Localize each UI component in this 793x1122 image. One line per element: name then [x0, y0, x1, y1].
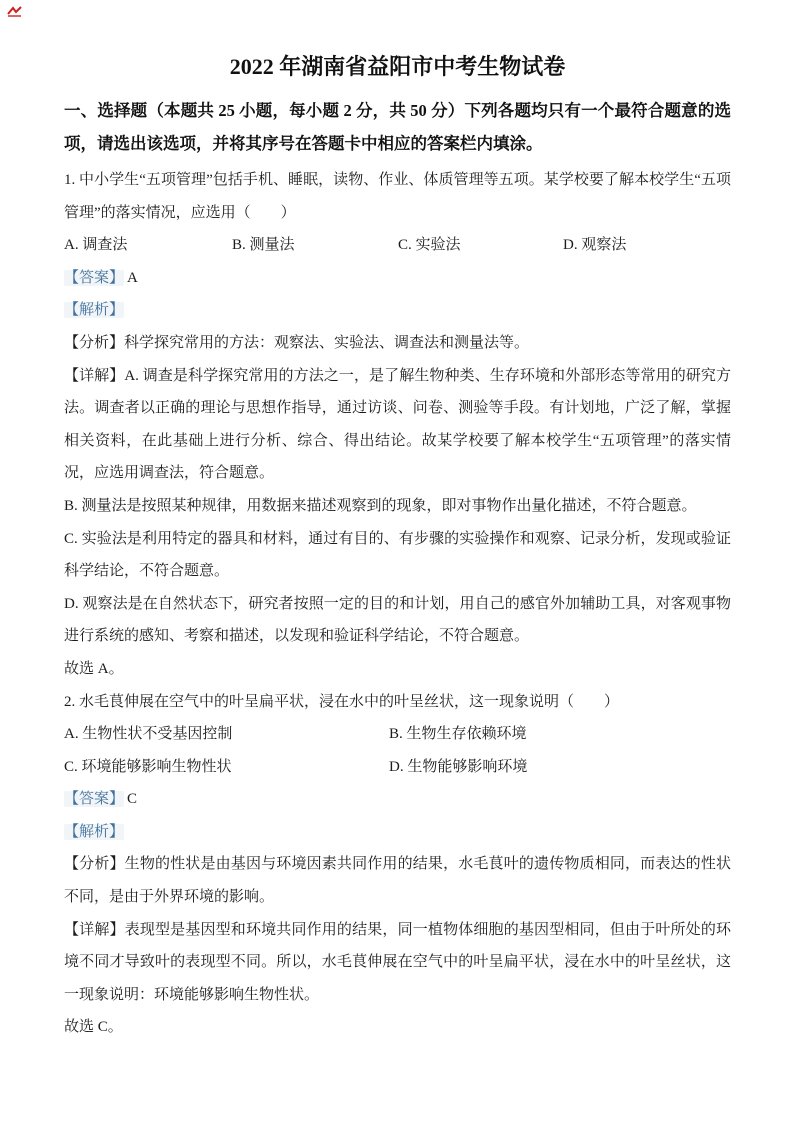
- question-1-conclusion: 故选 A。: [64, 653, 731, 686]
- question-1-detail-a: 【详解】A. 调查是科学探究常用的方法之一，是了解生物种类、生存环境和外部形态等…: [64, 360, 731, 490]
- corner-watermark-icon: [7, 6, 22, 17]
- page-title: 2022 年湖南省益阳市中考生物试卷: [64, 50, 731, 83]
- answer-value: A: [127, 270, 138, 286]
- question-1-options: A. 调查法 B. 测量法 C. 实验法 D. 观察法: [64, 229, 731, 262]
- question-1-detail-c: C. 实验法是利用特定的器具和材料，通过有目的、有步骤的实验操作和观察、记录分析…: [64, 523, 731, 588]
- question-1-option-d: D. 观察法: [563, 229, 731, 262]
- question-1: 1. 中小学生“五项管理”包括手机、睡眠，读物、作业、体质管理等五项。某学校要了…: [64, 164, 731, 686]
- question-1-detail-b: B. 测量法是按照某种规律，用数据来描述观察到的现象，即对事物作出量化描述，不符…: [64, 490, 731, 523]
- question-1-option-c: C. 实验法: [398, 229, 563, 262]
- answer-value: C: [127, 791, 137, 807]
- question-2-option-c: C. 环境能够影响生物性状: [64, 751, 389, 784]
- question-1-analysis: 【分析】科学探究常用的方法：观察法、实验法、调查法和测量法等。: [64, 327, 731, 360]
- question-2-conclusion: 故选 C。: [64, 1011, 731, 1044]
- question-1-stem: 1. 中小学生“五项管理”包括手机、睡眠，读物、作业、体质管理等五项。某学校要了…: [64, 164, 731, 229]
- question-2-option-d: D. 生物能够影响环境: [389, 751, 731, 784]
- exam-document: 2022 年湖南省益阳市中考生物试卷 一、选择题（本题共 25 小题，每小题 2…: [0, 0, 793, 1044]
- section-intro: 一、选择题（本题共 25 小题，每小题 2 分，共 50 分）下列各题均只有一个…: [64, 94, 731, 160]
- question-1-jiexi-line: 【解析】: [64, 294, 731, 327]
- jiexi-label: 【解析】: [64, 302, 124, 318]
- question-1-option-a: A. 调查法: [64, 229, 232, 262]
- question-1-option-b: B. 测量法: [232, 229, 398, 262]
- question-2-jiexi-line: 【解析】: [64, 816, 731, 849]
- question-2-options: A. 生物性状不受基因控制 B. 生物生存依赖环境 C. 环境能够影响生物性状 …: [64, 718, 731, 783]
- question-2-stem: 2. 水毛茛伸展在空气中的叶呈扁平状，浸在水中的叶呈丝状，这一现象说明（ ）: [64, 686, 731, 719]
- question-1-answer-line: 【答案】A: [64, 262, 731, 295]
- answer-label: 【答案】: [64, 270, 124, 286]
- question-2-option-a: A. 生物性状不受基因控制: [64, 718, 389, 751]
- question-2: 2. 水毛茛伸展在空气中的叶呈扁平状，浸在水中的叶呈丝状，这一现象说明（ ） A…: [64, 686, 731, 1045]
- question-2-detail: 【详解】表现型是基因型和环境共同作用的结果，同一植物体细胞的基因型相同，但由于叶…: [64, 914, 731, 1012]
- question-2-option-b: B. 生物生存依赖环境: [389, 718, 731, 751]
- question-1-detail-d: D. 观察法是在自然状态下，研究者按照一定的目的和计划，用自己的感官外加辅助工具…: [64, 588, 731, 653]
- jiexi-label: 【解析】: [64, 824, 124, 840]
- question-2-answer-line: 【答案】C: [64, 783, 731, 816]
- document-page: { "doc": { "title": "2022 年湖南省益阳市中考生物试卷"…: [0, 0, 793, 1122]
- answer-label: 【答案】: [64, 791, 124, 807]
- question-2-analysis: 【分析】生物的性状是由基因与环境因素共同作用的结果，水毛茛叶的遗传物质相同，而表…: [64, 848, 731, 913]
